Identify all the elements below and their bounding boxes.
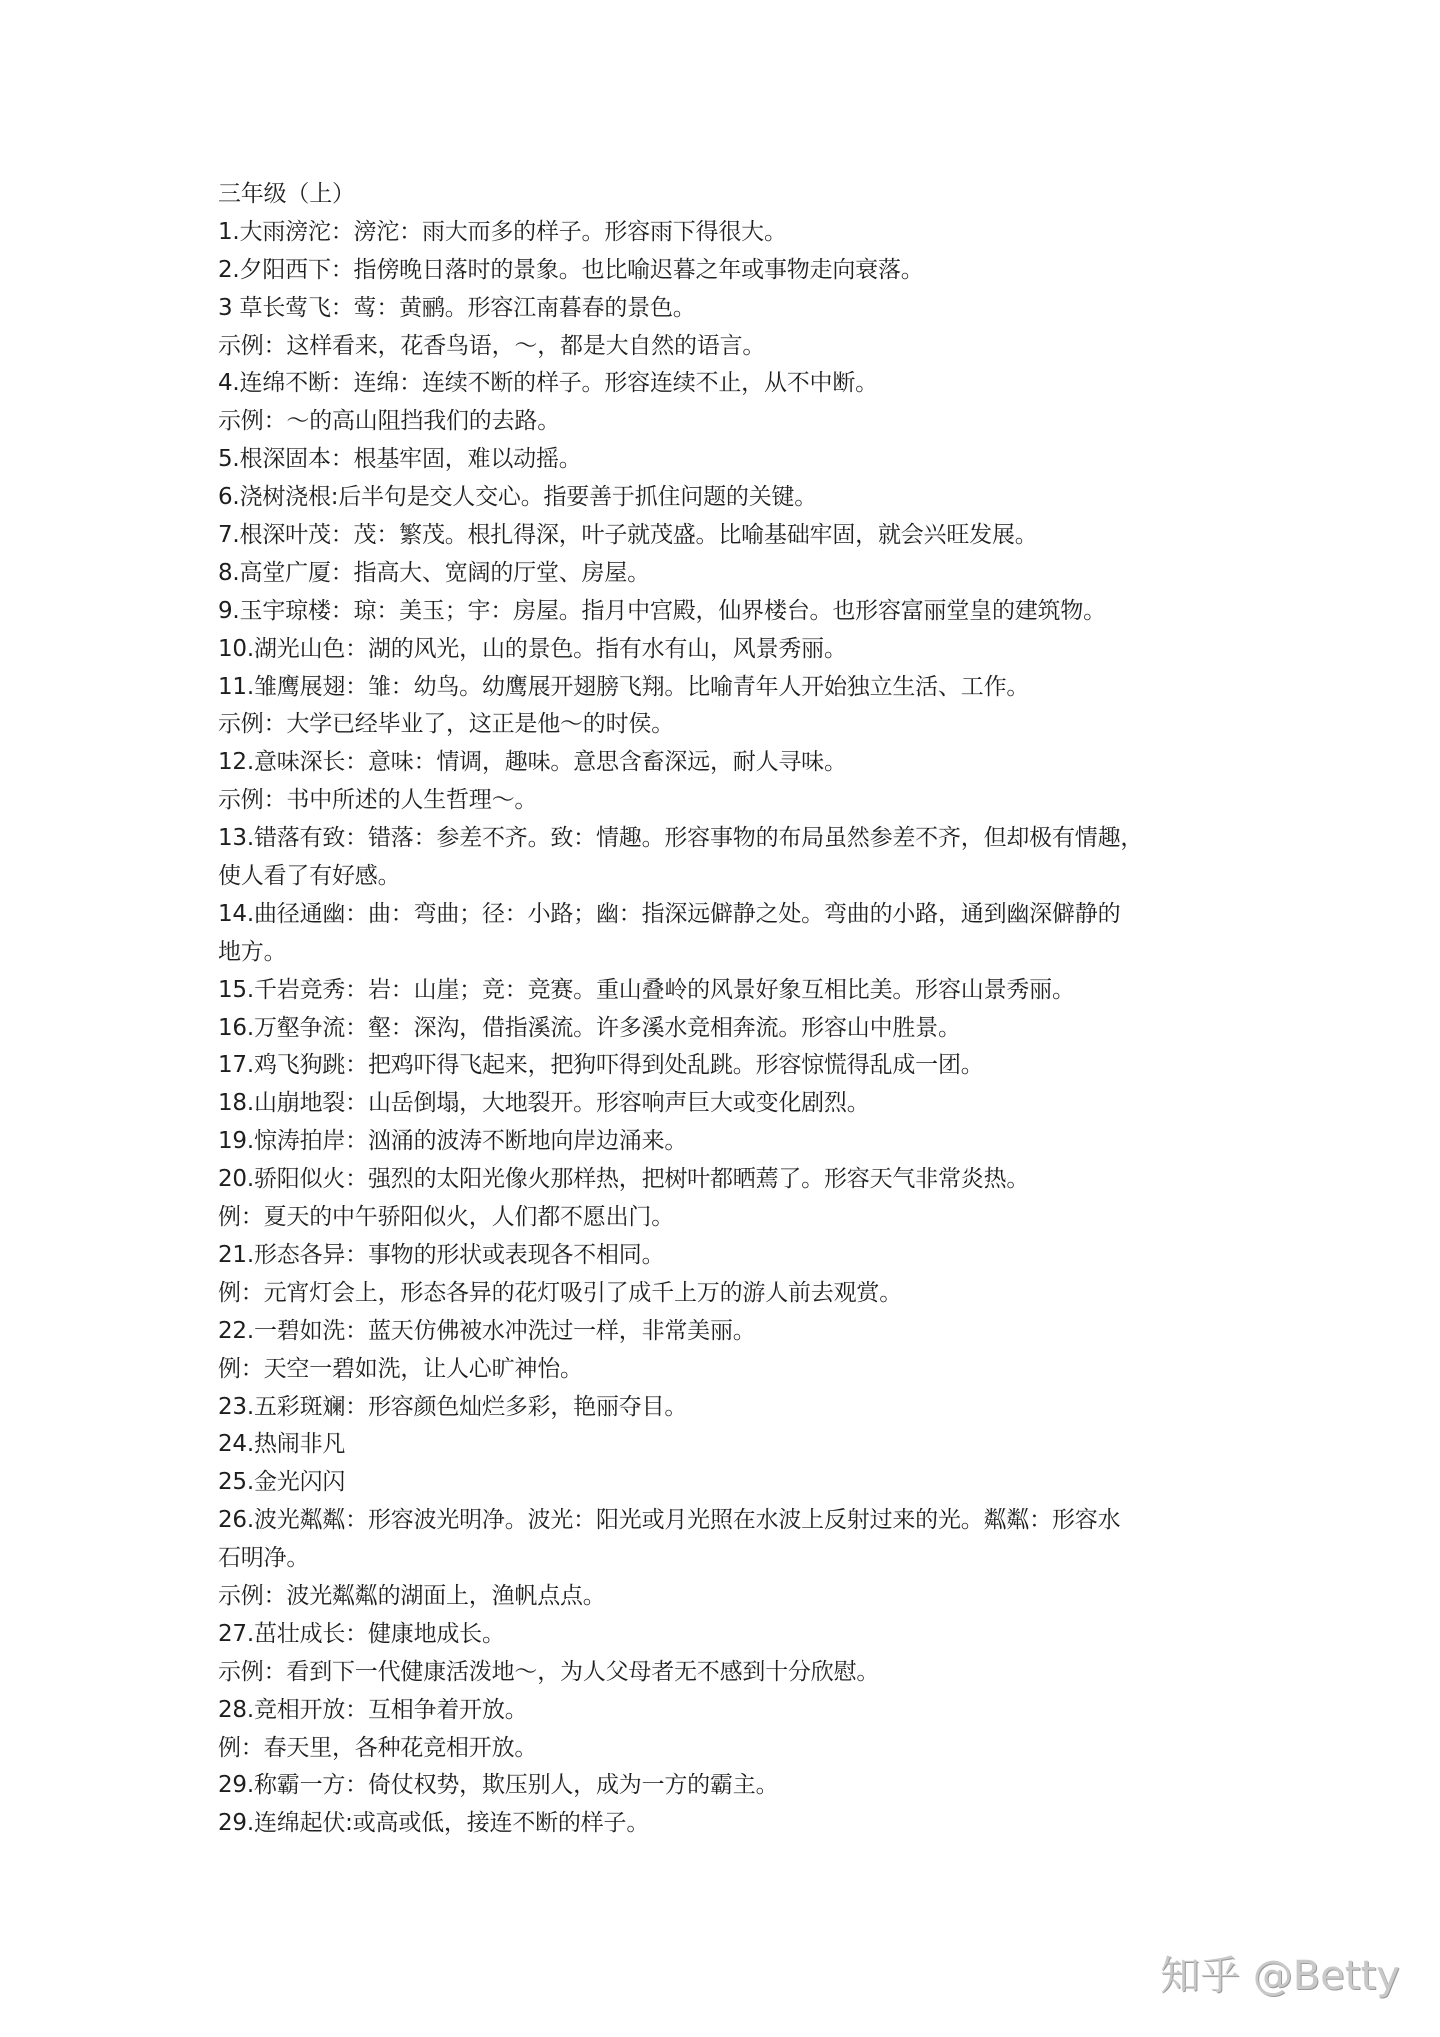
example-line: 示例：这样看来，花香鸟语，～，都是大自然的语言。 (218, 328, 1228, 366)
list-item: 3 草长莺飞：莺：黄鹂。形容江南暮春的景色。 (218, 290, 1228, 328)
section-heading: 三年级（上） (218, 176, 1228, 214)
list-item: 24.热闹非凡 (218, 1426, 1228, 1464)
example-line: 例：天空一碧如洗，让人心旷神怡。 (218, 1351, 1228, 1389)
list-item-continuation: 地方。 (218, 934, 1228, 972)
list-item: 19.惊涛拍岸：汹涌的波涛不断地向岸边涌来。 (218, 1123, 1228, 1161)
list-item: 29.连绵起伏:或高或低，接连不断的样子。 (218, 1805, 1228, 1843)
list-item: 28.竞相开放：互相争着开放。 (218, 1692, 1228, 1730)
list-item: 7.根深叶茂：茂：繁茂。根扎得深，叶子就茂盛。比喻基础牢固，就会兴旺发展。 (218, 517, 1228, 555)
zhihu-watermark: 知乎 @Betty (1160, 1944, 1400, 2001)
list-item: 18.山崩地裂：山岳倒塌，大地裂开。形容响声巨大或变化剧烈。 (218, 1085, 1228, 1123)
list-item-continuation: 石明净。 (218, 1540, 1228, 1578)
list-item: 6.浇树浇根:后半句是交人交心。指要善于抓住问题的关键。 (218, 479, 1228, 517)
list-item-continuation: 使人看了有好感。 (218, 858, 1228, 896)
example-line: 示例：～的高山阻挡我们的去路。 (218, 403, 1228, 441)
list-item: 27.茁壮成长：健康地成长。 (218, 1616, 1228, 1654)
example-line: 示例：波光粼粼的湖面上，渔帆点点。 (218, 1578, 1228, 1616)
list-item: 13.错落有致：错落：参差不齐。致：情趣。形容事物的布局虽然参差不齐，但却极有情… (218, 820, 1228, 858)
list-item: 29.称霸一方：倚仗权势，欺压别人，成为一方的霸主。 (218, 1767, 1228, 1805)
list-item: 20.骄阳似火：强烈的太阳光像火那样热，把树叶都晒蔫了。形容天气非常炎热。 (218, 1161, 1228, 1199)
list-item: 21.形态各异：事物的形状或表现各不相同。 (218, 1237, 1228, 1275)
list-item: 4.连绵不断：连绵：连续不断的样子。形容连续不止，从不中断。 (218, 365, 1228, 403)
list-item: 23.五彩斑斓：形容颜色灿烂多彩，艳丽夺目。 (218, 1389, 1228, 1427)
list-item: 5.根深固本：根基牢固，难以动摇。 (218, 441, 1228, 479)
example-line: 例：夏天的中午骄阳似火，人们都不愿出门。 (218, 1199, 1228, 1237)
example-line: 示例：看到下一代健康活泼地～，为人父母者无不感到十分欣慰。 (218, 1654, 1228, 1692)
document-page: 三年级（上） 1.大雨滂沱：滂沱：雨大而多的样子。形容雨下得很大。 2.夕阳西下… (0, 0, 1440, 2037)
example-line: 示例：大学已经毕业了，这正是他～的时侯。 (218, 706, 1228, 744)
list-item: 17.鸡飞狗跳：把鸡吓得飞起来，把狗吓得到处乱跳。形容惊慌得乱成一团。 (218, 1047, 1228, 1085)
list-item: 14.曲径通幽：曲：弯曲；径：小路；幽：指深远僻静之处。弯曲的小路，通到幽深僻静… (218, 896, 1228, 934)
list-item: 9.玉宇琼楼：琼：美玉；宇：房屋。指月中宫殿，仙界楼台。也形容富丽堂皇的建筑物。 (218, 593, 1228, 631)
list-item: 15.千岩竞秀：岩：山崖；竞：竞赛。重山叠岭的风景好象互相比美。形容山景秀丽。 (218, 972, 1228, 1010)
list-item: 2.夕阳西下：指傍晚日落时的景象。也比喻迟暮之年或事物走向衰落。 (218, 252, 1228, 290)
list-item: 25.金光闪闪 (218, 1464, 1228, 1502)
list-item: 26.波光粼粼：形容波光明净。波光：阳光或月光照在水波上反射过来的光。粼粼：形容… (218, 1502, 1228, 1540)
list-item: 22.一碧如洗：蓝天仿佛被水冲洗过一样，非常美丽。 (218, 1313, 1228, 1351)
list-item: 11.雏鹰展翅：雏：幼鸟。幼鹰展开翅膀飞翔。比喻青年人开始独立生活、工作。 (218, 669, 1228, 707)
list-item: 12.意味深长：意味：情调，趣味。意思含畜深远，耐人寻味。 (218, 744, 1228, 782)
example-line: 例：春天里，各种花竞相开放。 (218, 1730, 1228, 1768)
idiom-list: 三年级（上） 1.大雨滂沱：滂沱：雨大而多的样子。形容雨下得很大。 2.夕阳西下… (218, 176, 1228, 1843)
list-item: 8.高堂广厦：指高大、宽阔的厅堂、房屋。 (218, 555, 1228, 593)
example-line: 例：元宵灯会上，形态各异的花灯吸引了成千上万的游人前去观赏。 (218, 1275, 1228, 1313)
list-item: 1.大雨滂沱：滂沱：雨大而多的样子。形容雨下得很大。 (218, 214, 1228, 252)
example-line: 示例：书中所述的人生哲理～。 (218, 782, 1228, 820)
list-item: 10.湖光山色：湖的风光，山的景色。指有水有山，风景秀丽。 (218, 631, 1228, 669)
list-item: 16.万壑争流：壑：深沟，借指溪流。许多溪水竞相奔流。形容山中胜景。 (218, 1010, 1228, 1048)
